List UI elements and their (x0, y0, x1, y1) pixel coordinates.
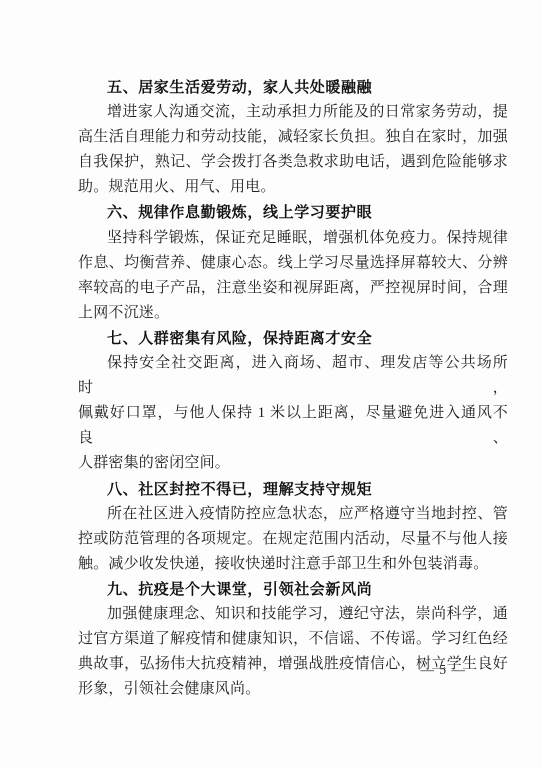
body-line: 加强健康理念、知识和技能学习，遵纪守法，崇尚科学，通 (78, 602, 508, 627)
section-heading: 八、社区封控不得已，理解支持守规矩 (78, 477, 508, 502)
body-line: 控或防范管理的各项规定。在规定范围内活动，尽量不与他人接 (78, 527, 508, 552)
page-number: — 5 — (421, 662, 467, 678)
body-line: 上网不沉迷。 (78, 301, 508, 326)
section-heading: 五、居家生活爱劳动，家人共处暖融融 (78, 75, 508, 100)
body-line: 作息、均衡营养、健康心态。线上学习尽量选择屏幕较大、分辨 (78, 251, 508, 276)
document-body: 五、居家生活爱劳动，家人共处暖融融增进家人沟通交流，主动承担力所能及的日常家务劳… (78, 75, 508, 702)
body-line: 率较高的电子产品，注意坐姿和视屏距离，严控视屏时间，合理 (78, 276, 508, 301)
body-line: 人群密集的密闭空间。 (78, 451, 508, 476)
body-line: 高生活自理能力和劳动技能，减轻家长负担。独自在家时，加强 (78, 125, 508, 150)
body-line: 自我保护，熟记、学会拨打各类急救求助电话，遇到危险能够求 (78, 150, 508, 175)
section-heading: 九、抗疫是个大课堂，引领社会新风尚 (78, 577, 508, 602)
body-line: 触。减少收发快递，接收快递时注意手部卫生和外包装消毒。 (78, 552, 508, 577)
body-line: 助。规范用火、用气、用电。 (78, 175, 508, 200)
section-heading: 六、规律作息勤锻炼，线上学习要护眼 (78, 200, 508, 225)
body-line: 佩戴好口罩，与他人保持 1 米以上距离，尽量避免进入通风不良、 (78, 401, 508, 451)
body-line: 形象，引领社会健康风尚。 (78, 677, 508, 702)
body-line: 过官方渠道了解疫情和健康知识，不信谣、不传谣。学习红色经 (78, 627, 508, 652)
body-line: 增进家人沟通交流，主动承担力所能及的日常家务劳动，提 (78, 100, 508, 125)
document-page: 五、居家生活爱劳动，家人共处暖融融增进家人沟通交流，主动承担力所能及的日常家务劳… (0, 0, 542, 768)
body-line: 坚持科学锻炼，保证充足睡眠，增强机体免疫力。保持规律 (78, 226, 508, 251)
section-heading: 七、人群密集有风险，保持距离才安全 (78, 326, 508, 351)
body-line: 所在社区进入疫情防控应急状态，应严格遵守当地封控、管 (78, 502, 508, 527)
body-line: 保持安全社交距离，进入商场、超市、理发店等公共场所时， (78, 351, 508, 401)
